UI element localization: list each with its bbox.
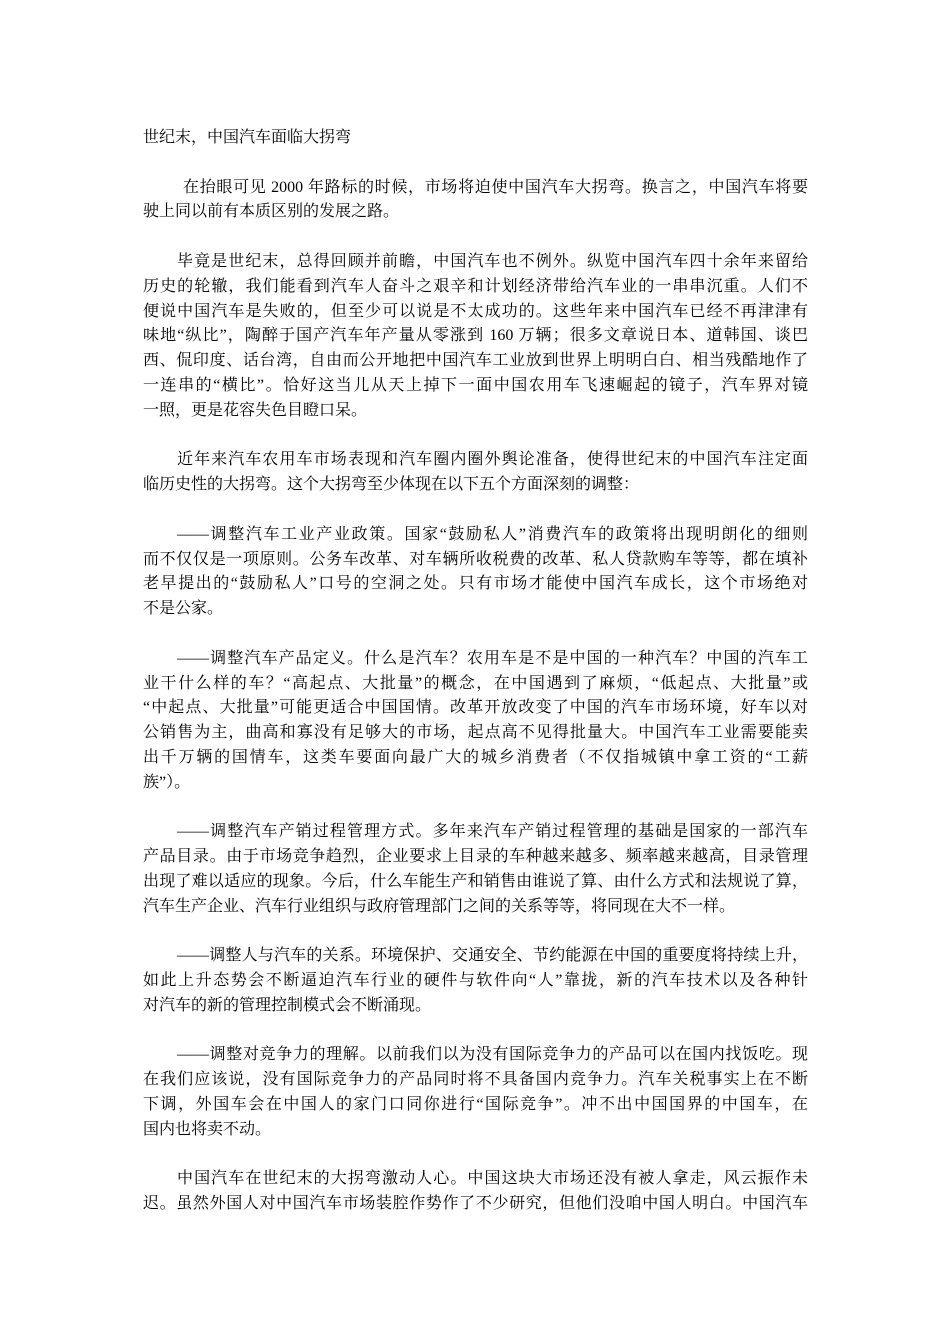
paragraph-line: 在抬眼可见 2000 年路标的时候，市场将迫使中国汽车大拐弯。换言之，中国汽车将… (143, 176, 808, 201)
paragraph-line: 中国汽车在世纪末的大拐弯激动人心。中国这块大市场还没有被人拿走，风云振作未 (143, 1167, 808, 1192)
paragraph-line: 历史的轮辙，我们能看到汽车人奋斗之艰辛和计划经济带给汽车业的一串串沉重。人们不 (143, 275, 808, 300)
document-title: 世纪末，中国汽车面临大拐弯 (143, 126, 808, 151)
paragraph-line: 近年来汽车农用车市场表现和汽车圈内圈外舆论准备，使得世纪末的中国汽车注定面 (143, 448, 808, 473)
paragraph-line: 出现了难以适应的现象。今后，什么车能生产和销售由谁说了算、由什么方式和法规说了算… (143, 870, 808, 895)
paragraph-conclusion: 中国汽车在世纪末的大拐弯激动人心。中国这块大市场还没有被人拿走，风云振作未 迟。… (143, 1167, 808, 1217)
paragraph-industry-policy: ——调整汽车工业产业政策。国家“鼓励私人”消费汽车的政策将出现明朗化的细则 而不… (143, 523, 808, 622)
paragraph-line: “中起点、大批量”可能更适合中国国情。改革开放改变了中国的汽车市场环境，好车以对 (143, 696, 808, 721)
paragraph-line: 临历史性的大拐弯。这个大拐弯至少体现在以下五个方面深刻的调整： (143, 473, 808, 498)
paragraph-line: 业干什么样的车？“高起点、大批量”的概念，在中国遇到了麻烦，“低起点、大批量”或 (143, 672, 808, 697)
paragraph-line: 出千万辆的国情车，这类车要面向最广大的城乡消费者（不仅指城镇中拿工资的“工薪 (143, 746, 808, 771)
paragraph-line: ——调整对竞争力的理解。以前我们以为没有国际竞争力的产品可以在国内找饭吃。现 (143, 1043, 808, 1068)
paragraph-line: 公销售为主，曲高和寡没有足够大的市场，起点高不见得批量大。中国汽车工业需要能卖 (143, 721, 808, 746)
paragraph-line: 一照，更是花容失色目瞪口呆。 (143, 399, 808, 424)
paragraph-line: 不是公家。 (143, 597, 808, 622)
paragraph-line: 产品目录。由于市场竞争趋烈，企业要求上目录的车种越来越多、频率越来越高，目录管理 (143, 845, 808, 870)
paragraph-line: ——调整汽车产销过程管理方式。多年来汽车产销过程管理的基础是国家的一部汽车 (143, 820, 808, 845)
paragraph-competitiveness: ——调整对竞争力的理解。以前我们以为没有国际竞争力的产品可以在国内找饭吃。现 在… (143, 1043, 808, 1142)
paragraph-line: 一连串的“横比”。恰好这当儿从天上掉下一面中国农用车飞速崛起的镜子，汽车界对镜 (143, 374, 808, 399)
paragraph-line: 毕竟是世纪末，总得回顾并前瞻，中国汽车也不例外。纵览中国汽车四十余年来留给 (143, 250, 808, 275)
paragraph-line: 族”）。 (143, 771, 808, 796)
paragraph-product-definition: ——调整汽车产品定义。什么是汽车？农用车是不是中国的一种汽车？中国的汽车工 业干… (143, 647, 808, 796)
paragraph-line: 在我们应该说，没有国际竞争力的产品同时将不具备国内竞争力。汽车关税事实上在不断 (143, 1068, 808, 1093)
paragraph-line: 而不仅仅是一项原则。公务车改革、对车辆所收税费的改革、私人贷款购车等等，都在填补 (143, 548, 808, 573)
paragraph-line: 便说中国汽车是失败的，但至少可以说是不太成功的。这些年来中国汽车已经不再津津有 (143, 300, 808, 325)
paragraph-line: 迟。虽然外国人对中国汽车市场装腔作势作了不少研究，但他们没咱中国人明白。中国汽车 (143, 1192, 808, 1217)
paragraph-line: 汽车生产企业、汽车行业组织与政府管理部门之间的关系等等，将同现在大不一样。 (143, 895, 808, 920)
paragraph-line: 味地“纵比”，陶醉于国产汽车年产量从零涨到 160 万辆；很多文章说日本、道韩国… (143, 324, 808, 349)
paragraph-line: 下调，外国车会在中国人的家门口同你进行“国际竞争”。冲不出中国国界的中国车，在 (143, 1093, 808, 1118)
document-page: 世纪末，中国汽车面临大拐弯 在抬眼可见 2000 年路标的时候，市场将迫使中国汽… (143, 126, 808, 1242)
paragraph-line: ——调整汽车工业产业政策。国家“鼓励私人”消费汽车的政策将出现明朗化的细则 (143, 523, 808, 548)
paragraph-line: 对汽车的新的管理控制模式会不断涌现。 (143, 994, 808, 1019)
paragraph-five-adjustments: 近年来汽车农用车市场表现和汽车圈内圈外舆论准备，使得世纪末的中国汽车注定面 临历… (143, 448, 808, 498)
paragraph-line: ——调整汽车产品定义。什么是汽车？农用车是不是中国的一种汽车？中国的汽车工 (143, 647, 808, 672)
paragraph-intro: 在抬眼可见 2000 年路标的时候，市场将迫使中国汽车大拐弯。换言之，中国汽车将… (143, 176, 808, 226)
paragraph-line: 如此上升态势会不断逼迫汽车行业的硬件与软件向“人”靠拢，新的汽车技术以及各种针 (143, 969, 808, 994)
paragraph-line: 驶上同以前有本质区别的发展之路。 (143, 200, 808, 225)
paragraph-retrospect: 毕竟是世纪末，总得回顾并前瞻，中国汽车也不例外。纵览中国汽车四十余年来留给 历史… (143, 250, 808, 424)
paragraph-line: ——调整人与汽车的关系。环境保护、交通安全、节约能源在中国的重要度将持续上升， (143, 944, 808, 969)
paragraph-people-and-cars: ——调整人与汽车的关系。环境保护、交通安全、节约能源在中国的重要度将持续上升， … (143, 944, 808, 1018)
paragraph-production-management: ——调整汽车产销过程管理方式。多年来汽车产销过程管理的基础是国家的一部汽车 产品… (143, 820, 808, 919)
paragraph-line: 老早提出的“鼓励私人”口号的空洞之处。只有市场才能使中国汽车成长，这个市场绝对 (143, 572, 808, 597)
paragraph-line: 国内也将卖不动。 (143, 1118, 808, 1143)
paragraph-line: 西、侃印度、话台湾，自由而公开地把中国汽车工业放到世界上明明白白、相当残酷地作了 (143, 349, 808, 374)
